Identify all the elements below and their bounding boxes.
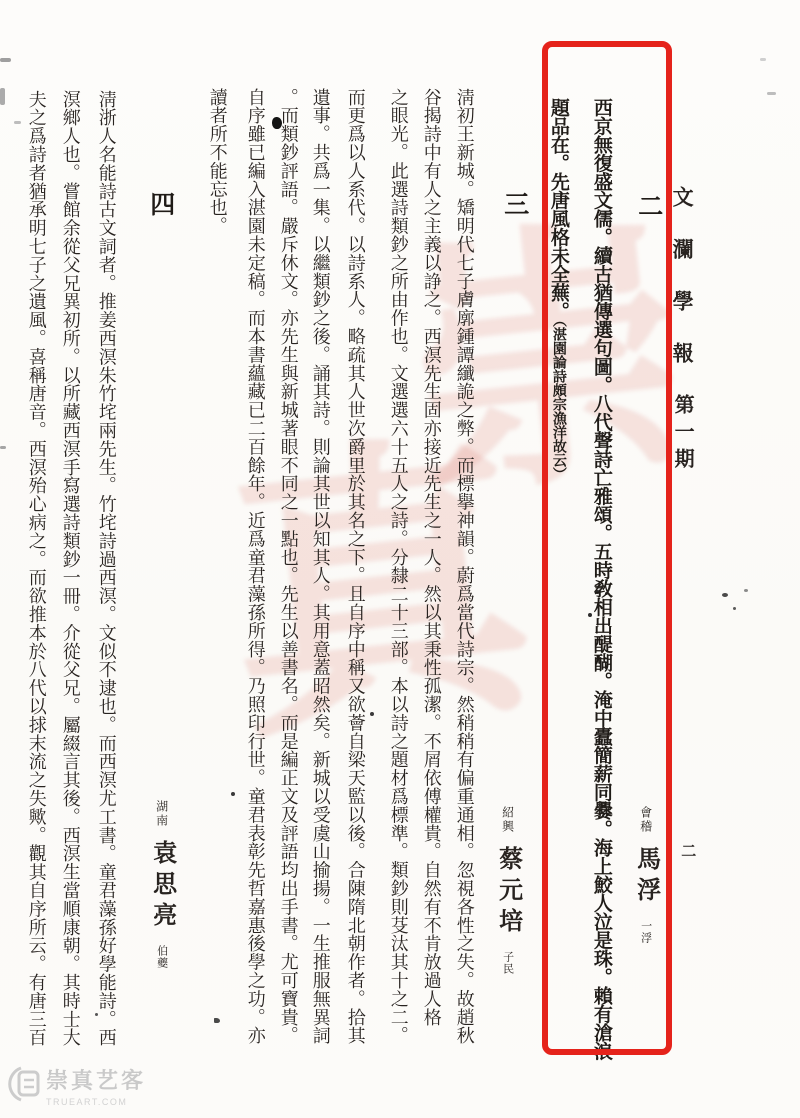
text-column: 而更爲以人系代。以詩系人。略疏其人世次爵里於其名之下。且自序中稱又欲薈自梁天監以… [345, 88, 366, 1045]
section-number: 二 [633, 193, 662, 218]
author-attribution: 紹興蔡元培子民 [493, 806, 521, 975]
scan-smudge [14, 121, 21, 124]
ink-speck [733, 607, 736, 610]
author-courtesy-name: 子民 [502, 951, 514, 975]
text-column: 之眼光。此選詩類鈔之所由作也。文選選六十五人之詩。分隸二十三部。本以詩之題材爲標… [388, 88, 409, 1045]
author-courtesy-name: 伯夔 [156, 945, 168, 969]
scan-smudge [0, 58, 11, 62]
ink-speck [214, 1018, 220, 1023]
text-column: 自序雖已編入湛園未定稿。而本書蘊藏已二百餘年。近爲童君藻孫所得。乃照印行世。童君… [245, 88, 266, 1045]
scan-smudge [0, 446, 6, 449]
author-place: 湖南 [155, 800, 169, 828]
text-column: 谷揭詩中有人之主義以諍之。西溟先生固亦接近先生之一人。然以其秉性孤潔。不屑依傅權… [421, 88, 442, 1026]
ink-speck [231, 792, 235, 796]
journal-issue: 第一期 [671, 394, 693, 475]
watermark-domain: TRUEART.COM [46, 1097, 146, 1107]
scan-smudge [767, 92, 776, 95]
section-number: 四 [145, 191, 174, 216]
author-name: 馬浮 [633, 846, 659, 908]
text-column: 淸初王新城。矯明代七子膚廓鍾譚纖詭之弊。而標擧神韻。蔚爲當代詩宗。然稍稍有偏重通… [454, 88, 475, 1045]
poem-inline-note: （湛園論詩頗宗漁洋故云） [551, 320, 566, 481]
watermark-logo-icon [8, 1064, 40, 1109]
poem-column: 西京無復盛文儒。續古猶傳選句圖。八代聲詩亡雅頌。五時敎相出醍醐。淹中蠹簡薪同爨。… [590, 98, 612, 1060]
ink-speck [722, 593, 728, 597]
author-name: 袁思亮 [149, 840, 175, 933]
poem-column-text: 題品在。先唐風格未全蕪。 [548, 98, 569, 320]
poem-column: 題品在。先唐風格未全蕪。（湛園論詩頗宗漁洋故云） [547, 98, 569, 481]
section-number: 三 [499, 191, 528, 216]
scan-smudge [0, 88, 5, 105]
text-column: 淸浙人名能詩古文詞者。推姜西溟朱竹垞兩先生。竹垞詩過西溟。文似不逮也。而西溟尤工… [96, 90, 117, 1047]
text-column: 溟鄉人也。嘗館余從父兄異初所。以所藏西溟手寫選詩類鈔一冊。介從父兄。屬綴言其後。… [60, 90, 81, 1047]
author-name: 蔡元培 [495, 846, 521, 939]
journal-title: 文瀾學報 [670, 186, 694, 394]
author-courtesy-name: 一浮 [640, 920, 652, 944]
page-number: 二 [678, 843, 695, 858]
author-place: 紹興 [501, 806, 515, 834]
text-column: 夫之爲詩者猶承明七子之遺風。喜稱唐音。西溟殆心病之。而欲推本於八代以捄末流之失歟… [26, 90, 47, 1047]
journal-header-column: 文瀾學報第一期 [670, 186, 694, 475]
text-column: 讀者所不能忘也。 [207, 88, 228, 235]
ink-speck [744, 589, 748, 592]
footer-watermark: 崇真艺客 TRUEART.COM [8, 1064, 146, 1109]
author-attribution: 湖南袁思亮伯夔 [147, 800, 175, 969]
watermark-brand: 崇真艺客 [46, 1064, 146, 1095]
author-attribution: 會稽馬浮一浮 [631, 806, 659, 944]
text-column: 。而類鈔評語。嚴斥休文。亦先生與新城著眼不同之一點也。先生以善書名。而是編正文及… [278, 88, 299, 1045]
text-column: 遺事。共爲一集。以繼類鈔之後。誦其詩。則論其世以知其人。其用意蓋昭然矣。新城以受… [310, 88, 331, 1045]
author-place: 會稽 [639, 806, 653, 834]
scan-smudge [760, 58, 766, 61]
scanned-journal-page: 崇 真 文瀾學報第一期 二 二 會稽馬浮一浮 西京無復盛文儒。續古猶傳選句圖。八… [0, 0, 800, 1118]
ink-speck [370, 712, 374, 716]
